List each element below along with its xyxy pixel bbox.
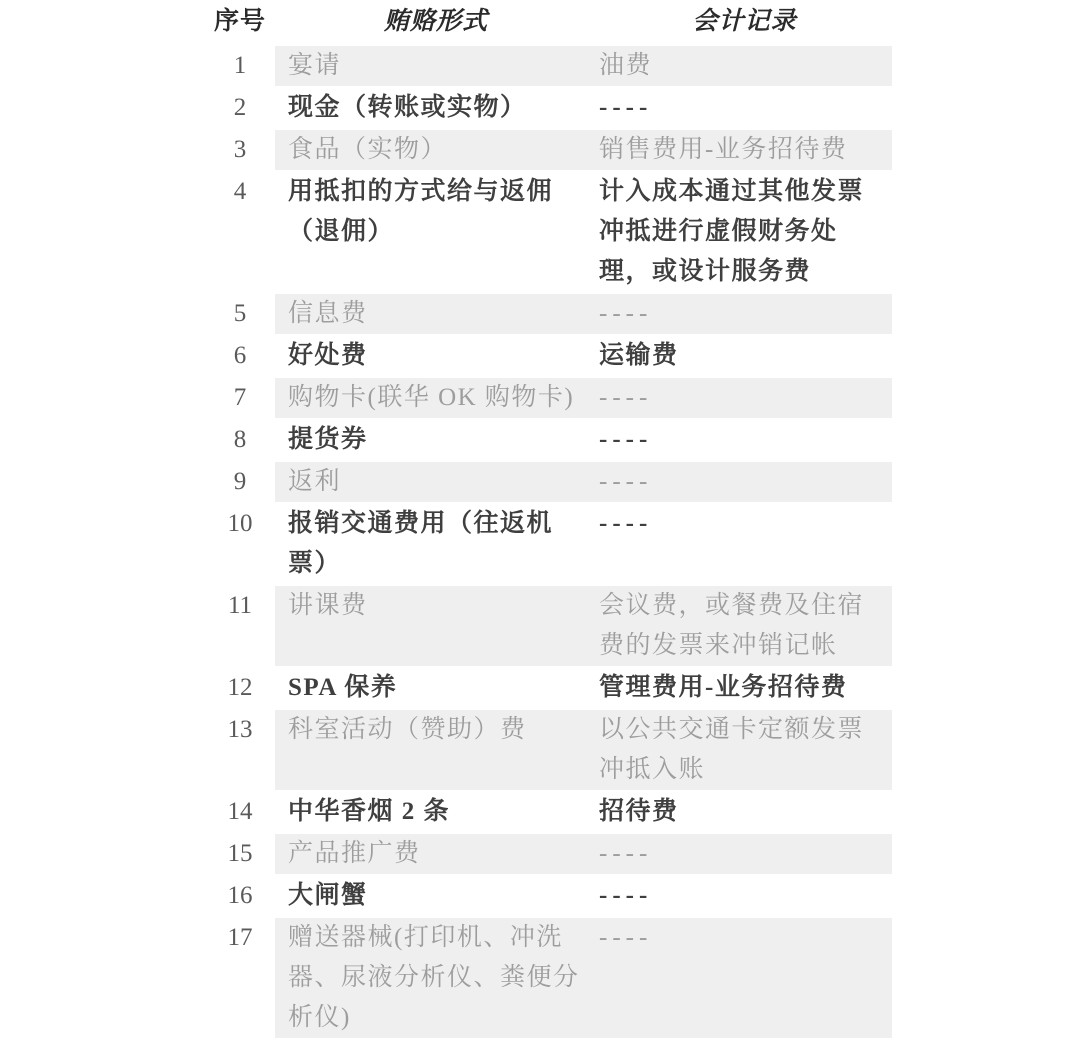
column-header-index: 序号	[205, 4, 275, 40]
table-row: 12 SPA 保养 管理费用-业务招待费	[205, 668, 892, 708]
accounting-record-cell: 销售费用-业务招待费	[597, 130, 892, 170]
bribery-form-cell: 宴请	[275, 46, 597, 86]
accounting-record-cell: ----	[597, 918, 892, 1038]
row-strip: 宴请 油费	[275, 46, 892, 86]
row-strip: 食品（实物） 销售费用-业务招待费	[275, 130, 892, 170]
accounting-record-cell: 油费	[597, 46, 892, 86]
row-number: 1	[205, 46, 275, 86]
row-number: 7	[205, 378, 275, 418]
row-strip: 购物卡(联华 OK 购物卡) ----	[275, 378, 892, 418]
row-number: 13	[205, 710, 275, 750]
bribery-form-cell: 产品推广费	[275, 834, 597, 874]
row-number: 16	[205, 876, 275, 916]
page: 序号 贿赂形式 会计记录 1 宴请 油费 2 现金（转账或实物） ---- 3 …	[0, 0, 1080, 1043]
table-row: 8 提货券 ----	[205, 420, 892, 460]
bribery-form-cell: 讲课费	[275, 586, 597, 666]
bribery-form-cell: 科室活动（赞助）费	[275, 710, 597, 790]
table-row: 11 讲课费 会议费，或餐费及住宿 费的发票来冲销记帐	[205, 586, 892, 666]
row-strip: 赠送器械(打印机、冲洗 器、尿液分析仪、粪便分 析仪) ----	[275, 918, 892, 1038]
table-row: 3 食品（实物） 销售费用-业务招待费	[205, 130, 892, 170]
row-number: 11	[205, 586, 275, 626]
bribery-form-cell: 赠送器械(打印机、冲洗 器、尿液分析仪、粪便分 析仪)	[275, 918, 597, 1038]
row-strip: 讲课费 会议费，或餐费及住宿 费的发票来冲销记帐	[275, 586, 892, 666]
bribery-form-cell: 返利	[275, 462, 597, 502]
accounting-record-cell: 运输费	[597, 336, 892, 376]
table-row: 2 现金（转账或实物） ----	[205, 88, 892, 128]
table-row: 6 好处费 运输费	[205, 336, 892, 376]
accounting-record-cell: ----	[597, 294, 892, 334]
table-row: 9 返利 ----	[205, 462, 892, 502]
row-number: 15	[205, 834, 275, 874]
row-strip: 中华香烟 2 条 招待费	[275, 792, 892, 832]
bribery-form-cell: SPA 保养	[275, 668, 597, 708]
table-row: 10 报销交通费用（往返机 票） ----	[205, 504, 892, 584]
accounting-record-cell: 管理费用-业务招待费	[597, 668, 892, 708]
bribery-form-cell: 报销交通费用（往返机 票）	[275, 504, 597, 584]
table-row: 7 购物卡(联华 OK 购物卡) ----	[205, 378, 892, 418]
bribery-form-cell: 好处费	[275, 336, 597, 376]
table-row: 13 科室活动（赞助）费 以公共交通卡定额发票 冲抵入账	[205, 710, 892, 790]
row-number: 12	[205, 668, 275, 708]
bribery-form-cell: 用抵扣的方式给与返佣 （退佣）	[275, 172, 597, 292]
table-row: 5 信息费 ----	[205, 294, 892, 334]
accounting-record-cell: ----	[597, 378, 892, 418]
table-header-row: 序号 贿赂形式 会计记录	[205, 4, 892, 40]
row-number: 10	[205, 504, 275, 544]
column-header-accounting-record: 会计记录	[597, 4, 892, 40]
row-strip: SPA 保养 管理费用-业务招待费	[275, 668, 892, 708]
bribery-form-cell: 现金（转账或实物）	[275, 88, 597, 128]
row-strip: 大闸蟹 ----	[275, 876, 892, 916]
row-number: 4	[205, 172, 275, 212]
accounting-record-cell: ----	[597, 88, 892, 128]
bribery-form-cell: 食品（实物）	[275, 130, 597, 170]
row-number: 3	[205, 130, 275, 170]
accounting-record-cell: 以公共交通卡定额发票 冲抵入账	[597, 710, 892, 790]
accounting-record-cell: 会议费，或餐费及住宿 费的发票来冲销记帐	[597, 586, 892, 666]
bribery-form-cell: 中华香烟 2 条	[275, 792, 597, 832]
accounting-record-cell: ----	[597, 504, 892, 584]
bribery-form-cell: 提货券	[275, 420, 597, 460]
bribery-form-cell: 信息费	[275, 294, 597, 334]
row-strip: 返利 ----	[275, 462, 892, 502]
table-row: 17 赠送器械(打印机、冲洗 器、尿液分析仪、粪便分 析仪) ----	[205, 918, 892, 1038]
accounting-record-cell: 计入成本通过其他发票 冲抵进行虚假财务处 理，或设计服务费	[597, 172, 892, 292]
row-strip: 提货券 ----	[275, 420, 892, 460]
accounting-record-cell: ----	[597, 834, 892, 874]
row-number: 5	[205, 294, 275, 334]
accounting-record-cell: ----	[597, 420, 892, 460]
table-row: 15 产品推广费 ----	[205, 834, 892, 874]
row-number: 8	[205, 420, 275, 460]
accounting-record-cell: 招待费	[597, 792, 892, 832]
row-strip: 用抵扣的方式给与返佣 （退佣） 计入成本通过其他发票 冲抵进行虚假财务处 理，或…	[275, 172, 892, 292]
row-strip: 报销交通费用（往返机 票） ----	[275, 504, 892, 584]
row-number: 2	[205, 88, 275, 128]
row-number: 14	[205, 792, 275, 832]
table-row: 14 中华香烟 2 条 招待费	[205, 792, 892, 832]
table-row: 4 用抵扣的方式给与返佣 （退佣） 计入成本通过其他发票 冲抵进行虚假财务处 理…	[205, 172, 892, 292]
row-number: 17	[205, 918, 275, 958]
accounting-record-cell: ----	[597, 876, 892, 916]
row-strip: 产品推广费 ----	[275, 834, 892, 874]
bribery-form-cell: 购物卡(联华 OK 购物卡)	[275, 378, 597, 418]
row-number: 9	[205, 462, 275, 502]
row-strip: 现金（转账或实物） ----	[275, 88, 892, 128]
row-strip: 科室活动（赞助）费 以公共交通卡定额发票 冲抵入账	[275, 710, 892, 790]
table-row: 16 大闸蟹 ----	[205, 876, 892, 916]
row-strip: 信息费 ----	[275, 294, 892, 334]
column-header-bribery-form: 贿赂形式	[275, 4, 597, 40]
bribery-form-cell: 大闸蟹	[275, 876, 597, 916]
bribery-accounting-table: 序号 贿赂形式 会计记录 1 宴请 油费 2 现金（转账或实物） ---- 3 …	[205, 4, 892, 1040]
row-strip: 好处费 运输费	[275, 336, 892, 376]
accounting-record-cell: ----	[597, 462, 892, 502]
row-number: 6	[205, 336, 275, 376]
table-row: 1 宴请 油费	[205, 46, 892, 86]
